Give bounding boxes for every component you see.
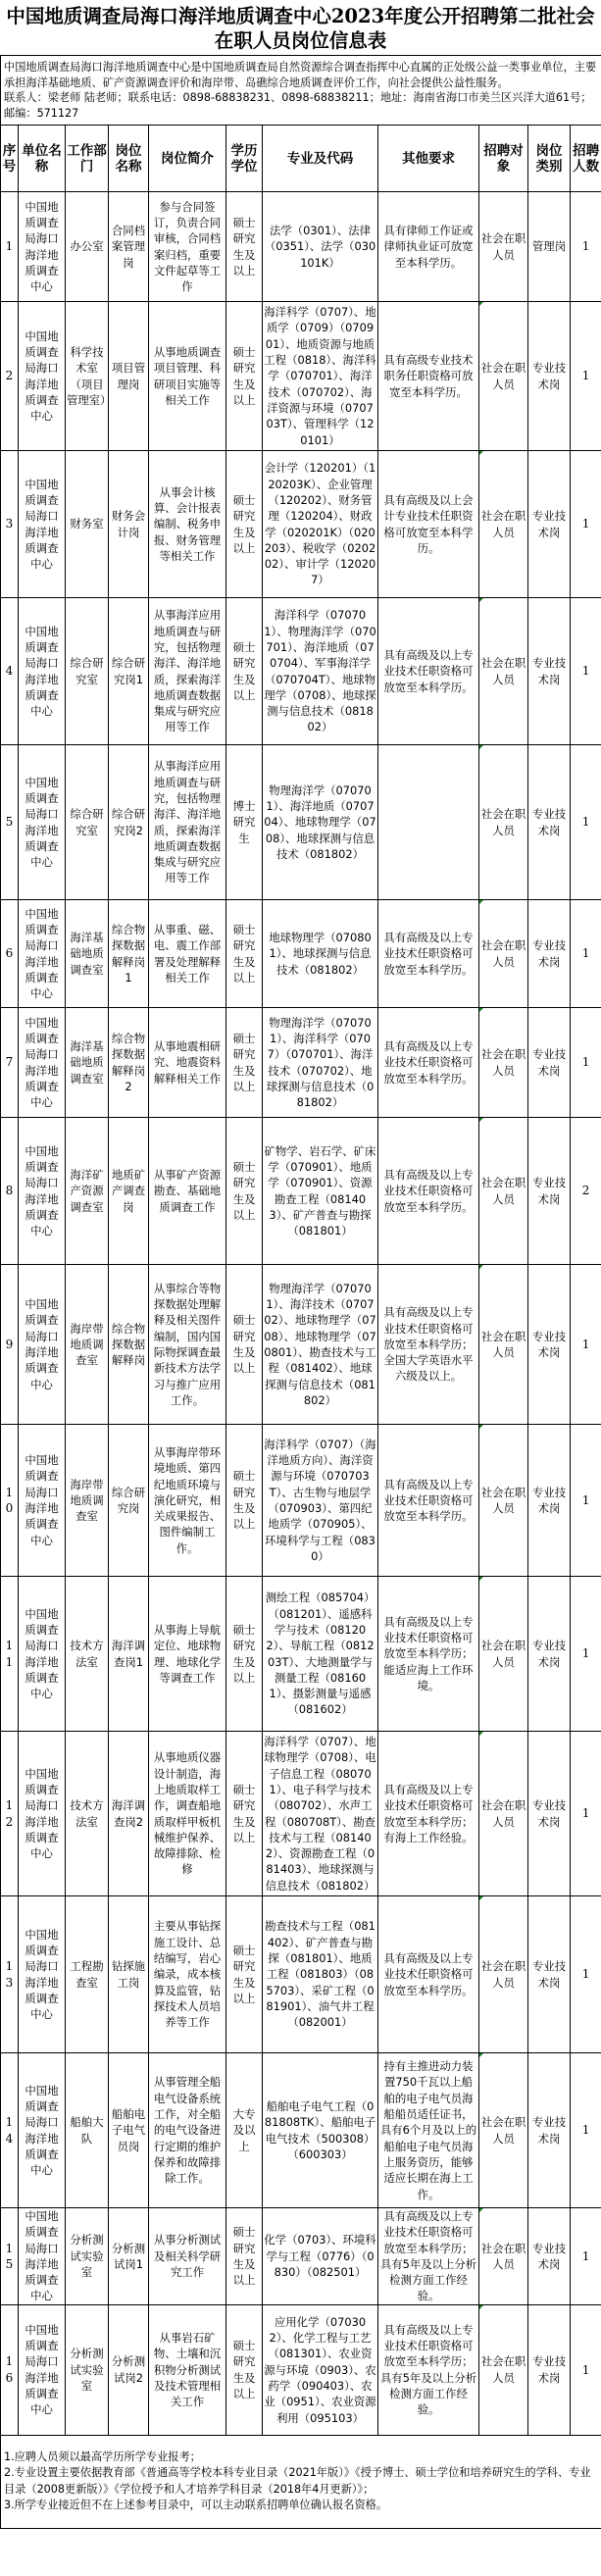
recruit-target: 社会在职人员 [479, 2208, 528, 2305]
row-number: 7 [1, 1008, 19, 1118]
post-intro: 从事地质仪器设计制造，海上地质取样工作，调查船地质取样甲板机械维护保养、故障排除… [149, 1732, 226, 1896]
department: 技术方法室 [66, 1577, 109, 1732]
row-number: 2 [1, 302, 19, 451]
post-name: 综合物探数据解释岗 [109, 1265, 149, 1425]
other-requirements: 具有高级及以上会计专业技术任职资格可放宽至本科学历。 [378, 451, 479, 598]
intro-cell: 中国地质调查局海口海洋地质调查中心是中国地质调查局自然资源综合调查指挥中心直属的… [1, 56, 601, 126]
other-requirements: 具有高级及以上专业技术任职资格可放宽至本科学历；有海上工作经验。 [378, 1732, 479, 1896]
other-requirements: 具有高级及以上专业技术任职资格可放宽至本科学历；能适应海上工作环境。 [378, 1577, 479, 1732]
unit-name: 中国地质调查局海口海洋地质调查中心 [19, 302, 66, 451]
unit-name: 中国地质调查局海口海洋地质调查中心 [19, 900, 66, 1008]
post-intro: 从事海洋应用地质调查与研究，包括物理海洋、海洋地质，探索海洋地质调查数据集成与研… [149, 745, 226, 900]
post-category: 管理岗 [528, 192, 571, 302]
header-target: 招聘对象 [479, 126, 528, 192]
post-intro: 从事岩石矿物、土壤和沉积物分析测试及技术管理相关工作 [149, 2304, 226, 2435]
recruit-count: 1 [571, 451, 601, 598]
post-intro: 从事海洋应用地质调查与研究，包括物理海洋、海洋地质，探索海洋地质调查数据集成与研… [149, 598, 226, 745]
recruit-target: 社会在职人员 [479, 1732, 528, 1896]
table-row: 13中国地质调查局海口海洋地质调查中心工程勘查室钻探施工岗主要从事钻探施工设计、… [1, 1896, 601, 2053]
unit-name: 中国地质调查局海口海洋地质调查中心 [19, 1118, 66, 1265]
row-number: 15 [1, 2208, 19, 2305]
post-name: 船舶电子电气员岗 [109, 2053, 149, 2208]
table-body: 1中国地质调查局海口海洋地质调查中心办公室合同档案管理岗参与合同签订，负责合同审… [1, 192, 601, 2436]
other-requirements [378, 745, 479, 900]
post-name: 合同档案管理岗 [109, 192, 149, 302]
education: 硕士研究生及以上 [226, 2208, 263, 2305]
post-name: 钻探施工岗 [109, 1896, 149, 2053]
row-number: 14 [1, 2053, 19, 2208]
table-row: 10中国地质调查局海口海洋地质调查中心海岸带地质调查室综合研究岗从事海岸带环境地… [1, 1425, 601, 1577]
note-2: 2.专业设置主要依据教育部《普通高等学校本科专业目录（2021年版）》《授予博士… [4, 2465, 598, 2498]
unit-name: 中国地质调查局海口海洋地质调查中心 [19, 1008, 66, 1118]
notes-cell: 1.应聘人员须以最高学历所学专业报考； 2.专业设置主要依据教育部《普通高等学校… [1, 2435, 601, 2528]
row-number: 10 [1, 1425, 19, 1577]
post-category: 专业技术岗 [528, 451, 571, 598]
department: 财务室 [66, 451, 109, 598]
table-row: 7中国地质调查局海口海洋地质调查中心海洋基础地质调查室综合物探数据解释岗2从事地… [1, 1008, 601, 1118]
post-intro: 主要从事钻探施工设计、总结编写，岩心编录，成本核算及监管，钻探技术人员培养等工作 [149, 1896, 226, 2053]
post-intro: 从事管理全船电气设备系统工作，对全船的电气设备进行定期的维护保养和故障排除工作。 [149, 2053, 226, 2208]
education: 硕士研究生及以上 [226, 2304, 263, 2435]
other-requirements: 持有主推进动力装置750千瓦以上船舶的电子电气员海船船员适任证书，具有6个月及以… [378, 2053, 479, 2208]
recruit-target: 社会在职人员 [479, 1265, 528, 1425]
education: 硕士研究生及以上 [226, 900, 263, 1008]
unit-name: 中国地质调查局海口海洋地质调查中心 [19, 1896, 66, 2053]
post-category: 专业技术岗 [528, 1265, 571, 1425]
major-codes: 物理海洋学（070701）、海洋地质（070704）、地球物理学（0708）、地… [263, 745, 378, 900]
job-table: 中国地质调查局海口海洋地质调查中心是中国地质调查局自然资源综合调查指挥中心直属的… [0, 55, 601, 2529]
other-requirements: 具有律师工作证或律师执业证可放宽至本科学历。 [378, 192, 479, 302]
major-codes: 物理海洋学（070701）、海洋科学（0707）（070701）、海洋技术（07… [263, 1008, 378, 1118]
header-post: 岗位名称 [109, 126, 149, 192]
post-category: 专业技术岗 [528, 2053, 571, 2208]
major-codes: 船舶电子电气工程（081808TK）、船舶电子电气技术（500308）（6003… [263, 2053, 378, 2208]
post-name: 综合研究岗 [109, 1425, 149, 1577]
department: 综合研究室 [66, 598, 109, 745]
intro-text: 中国地质调查局海口海洋地质调查中心是中国地质调查局自然资源综合调查指挥中心直属的… [4, 60, 598, 90]
unit-name: 中国地质调查局海口海洋地质调查中心 [19, 598, 66, 745]
education: 硕士研究生及以上 [226, 1896, 263, 2053]
recruit-count: 1 [571, 302, 601, 451]
recruit-target: 社会在职人员 [479, 192, 528, 302]
table-row: 5中国地质调查局海口海洋地质调查中心综合研究室综合研究岗2从事海洋应用地质调查与… [1, 745, 601, 900]
recruit-count: 1 [571, 2304, 601, 2435]
unit-name: 中国地质调查局海口海洋地质调查中心 [19, 1577, 66, 1732]
recruit-count: 1 [571, 1265, 601, 1425]
post-intro: 从事矿产资源勘查、基础地质调查工作 [149, 1118, 226, 1265]
table-row: 4中国地质调查局海口海洋地质调查中心综合研究室综合研究岗1从事海洋应用地质调查与… [1, 598, 601, 745]
department: 海岸带地质调查室 [66, 1265, 109, 1425]
major-codes: 矿物学、岩石学、矿床学（070901）、地质学（070901）、资源勘查工程（0… [263, 1118, 378, 1265]
table-row: 8中国地质调查局海口海洋地质调查中心海洋矿产资源调查室地质矿产调查岗从事矿产资源… [1, 1118, 601, 1265]
header-dept: 工作部门 [66, 126, 109, 192]
row-number: 9 [1, 1265, 19, 1425]
unit-name: 中国地质调查局海口海洋地质调查中心 [19, 451, 66, 598]
education: 硕士研究生及以上 [226, 302, 263, 451]
post-intro: 从事综合等物探数据处理解释及相关图件编制，国内国际物探调查最新技术方法学习与推广… [149, 1265, 226, 1425]
recruit-target: 社会在职人员 [479, 1118, 528, 1265]
education: 硕士研究生及以上 [226, 1265, 263, 1425]
recruit-count: 1 [571, 745, 601, 900]
post-category: 专业技术岗 [528, 1732, 571, 1896]
unit-name: 中国地质调查局海口海洋地质调查中心 [19, 2053, 66, 2208]
education: 硕士研究生及以上 [226, 1425, 263, 1577]
page-title: 中国地质调查局海口海洋地质调查中心2023年度公开招聘第二批社会在职人员岗位信息… [0, 0, 601, 55]
education: 硕士研究生及以上 [226, 1732, 263, 1896]
recruit-target: 社会在职人员 [479, 451, 528, 598]
post-category: 专业技术岗 [528, 1118, 571, 1265]
education: 硕士研究生及以上 [226, 598, 263, 745]
table-row: 15中国地质调查局海口海洋地质调查中心分析测试实验室分析测试岗1从事分析测试及相… [1, 2208, 601, 2305]
post-intro: 从事地质调查项目管理、科研项目实施等相关工作 [149, 302, 226, 451]
major-codes: 地球物理学（070801）、地球探测与信息技术（081802） [263, 900, 378, 1008]
table-row: 9中国地质调查局海口海洋地质调查中心海岸带地质调查室综合物探数据解释岗从事综合等… [1, 1265, 601, 1425]
other-requirements: 具有高级及以上专业技术任职资格可放宽至本科学历。 [378, 1896, 479, 2053]
department: 工程勘查室 [66, 1896, 109, 2053]
recruit-count: 1 [571, 192, 601, 302]
header-edu: 学历学位 [226, 126, 263, 192]
major-codes: 应用化学（070302）、化学工程与工艺（081301）、农业资源与环境（090… [263, 2304, 378, 2435]
table-row: 6中国地质调查局海口海洋地质调查中心海洋基础地质调查室综合物探数据解释岗1从事重… [1, 900, 601, 1008]
header-unit: 单位名称 [19, 126, 66, 192]
table-header: 序号 单位名称 工作部门 岗位名称 岗位简介 学历学位 专业及代码 其他要求 招… [1, 126, 601, 192]
post-name: 综合研究岗1 [109, 598, 149, 745]
recruit-count: 1 [571, 900, 601, 1008]
unit-name: 中国地质调查局海口海洋地质调查中心 [19, 2208, 66, 2305]
recruit-count: 1 [571, 2053, 601, 2208]
recruit-target: 社会在职人员 [479, 1896, 528, 2053]
row-number: 8 [1, 1118, 19, 1265]
table-row: 1中国地质调查局海口海洋地质调查中心办公室合同档案管理岗参与合同签订，负责合同审… [1, 192, 601, 302]
major-codes: 化学（0703）、环境科学与工程（0776）（0830）（082501） [263, 2208, 378, 2305]
department: 科学技术室（项目管理室） [66, 302, 109, 451]
other-requirements: 具有高级及以上专业技术任职资格可放宽至本科学历；全国大学英语水平六级及以上。 [378, 1265, 479, 1425]
table-row: 2中国地质调查局海口海洋地质调查中心科学技术室（项目管理室）项目管理岗从事地质调… [1, 302, 601, 451]
department: 船舶大队 [66, 2053, 109, 2208]
education: 大专及以上 [226, 2053, 263, 2208]
other-requirements: 具有高级及以上专业技术任职资格可放宽至本科学历；具有5年及以上分析检测方面工作经… [378, 2208, 479, 2305]
post-category: 专业技术岗 [528, 2208, 571, 2305]
major-codes: 会计学（120201）（120203K）、企业管理（120202）、财务管理（1… [263, 451, 378, 598]
post-category: 专业技术岗 [528, 745, 571, 900]
major-codes: 海洋科学（0707）、地球物理学（0708）、电子信息工程（080701）、电子… [263, 1732, 378, 1896]
header-no: 序号 [1, 126, 19, 192]
post-name: 地质矿产调查岗 [109, 1118, 149, 1265]
post-intro: 从事会计核算、会计报表编制、税务申报、财务管理等相关工作 [149, 451, 226, 598]
other-requirements: 具有高级专业技术职务任职资格可放宽至本科学历。 [378, 302, 479, 451]
post-category: 专业技术岗 [528, 598, 571, 745]
department: 综合研究室 [66, 745, 109, 900]
row-number: 6 [1, 900, 19, 1008]
unit-name: 中国地质调查局海口海洋地质调查中心 [19, 192, 66, 302]
post-intro: 从事海岸带环境地质、第四纪地质环境与演化研究，相关成果报告、图件编制工作。 [149, 1425, 226, 1577]
post-name: 分析测试岗2 [109, 2304, 149, 2435]
education: 博士研究生 [226, 745, 263, 900]
post-name: 综合研究岗2 [109, 745, 149, 900]
post-category: 专业技术岗 [528, 1008, 571, 1118]
header-major: 专业及代码 [263, 126, 378, 192]
header-category: 岗位类别 [528, 126, 571, 192]
recruit-target: 社会在职人员 [479, 2053, 528, 2208]
post-name: 综合物探数据解释岗1 [109, 900, 149, 1008]
recruit-target: 社会在职人员 [479, 1425, 528, 1577]
post-category: 专业技术岗 [528, 1577, 571, 1732]
department: 海洋基础地质调查室 [66, 900, 109, 1008]
header-count: 招聘人数 [571, 126, 601, 192]
recruit-target: 社会在职人员 [479, 900, 528, 1008]
unit-name: 中国地质调查局海口海洋地质调查中心 [19, 745, 66, 900]
post-category: 专业技术岗 [528, 1896, 571, 2053]
department: 海岸带地质调查室 [66, 1425, 109, 1577]
unit-name: 中国地质调查局海口海洋地质调查中心 [19, 1425, 66, 1577]
department: 技术方法室 [66, 1732, 109, 1896]
post-category: 专业技术岗 [528, 1425, 571, 1577]
post-intro: 从事重、磁、电、震工作部署及处理解释相关工作 [149, 900, 226, 1008]
major-codes: 海洋科学（0707）（海洋地质方向）、海洋资源与环境（070703T）、古生物与… [263, 1425, 378, 1577]
major-codes: 海洋科学（0707）、地质学（0709）（070901）、地质资源与地质工程（0… [263, 302, 378, 451]
post-name: 海洋调查岗1 [109, 1577, 149, 1732]
post-name: 综合物探数据解释岗2 [109, 1008, 149, 1118]
post-name: 财务会计岗 [109, 451, 149, 598]
post-name: 分析测试岗1 [109, 2208, 149, 2305]
other-requirements: 具有高级及以上专业技术任职资格可放宽至本科学历。 [378, 1008, 479, 1118]
row-number: 5 [1, 745, 19, 900]
row-number: 4 [1, 598, 19, 745]
recruit-count: 1 [571, 1425, 601, 1577]
post-category: 专业技术岗 [528, 2304, 571, 2435]
table-row: 14中国地质调查局海口海洋地质调查中心船舶大队船舶电子电气员岗从事管理全船电气设… [1, 2053, 601, 2208]
header-other: 其他要求 [378, 126, 479, 192]
note-3: 3.所学专业接近但不在上述参考目录中，可以主动联系招聘单位确认报名资格。 [4, 2498, 598, 2514]
row-number: 3 [1, 451, 19, 598]
recruit-count: 1 [571, 598, 601, 745]
department: 办公室 [66, 192, 109, 302]
post-intro: 从事分析测试及相关科学研究工作 [149, 2208, 226, 2305]
recruit-target: 社会在职人员 [479, 1008, 528, 1118]
recruit-target: 社会在职人员 [479, 745, 528, 900]
recruit-count: 1 [571, 1732, 601, 1896]
recruit-target: 社会在职人员 [479, 302, 528, 451]
major-codes: 法学（0301）、法律（0351）、法学（030101K） [263, 192, 378, 302]
table-row: 12中国地质调查局海口海洋地质调查中心技术方法室海洋调查岗2从事地质仪器设计制造… [1, 1732, 601, 1896]
row-number: 1 [1, 192, 19, 302]
post-category: 专业技术岗 [528, 302, 571, 451]
table-row: 16中国地质调查局海口海洋地质调查中心分析测试实验室分析测试岗2从事岩石矿物、土… [1, 2304, 601, 2435]
recruit-count: 2 [571, 1118, 601, 1265]
post-name: 项目管理岗 [109, 302, 149, 451]
other-requirements: 具有高级及以上专业技术任职资格可放宽至本科学历；具有5年及以上分析检测方面工作经… [378, 2304, 479, 2435]
post-category: 专业技术岗 [528, 900, 571, 1008]
other-requirements: 具有高级及以上专业技术任职资格可放宽至本科学历。 [378, 598, 479, 745]
education: 硕士研究生及以上 [226, 451, 263, 598]
post-name: 海洋调查岗2 [109, 1732, 149, 1896]
major-codes: 海洋科学（070701）、物理海洋学（070701）、海洋地质（070704）、… [263, 598, 378, 745]
major-codes: 勘查技术与工程（081402）、矿产普查与勘探（081801）、地质工程（081… [263, 1896, 378, 2053]
contact-info: 联系人：梁老师 陆老师；联系电话：0898-68838231、0898-6883… [4, 90, 598, 121]
department: 分析测试实验室 [66, 2304, 109, 2435]
row-number: 16 [1, 2304, 19, 2435]
header-intro: 岗位简介 [149, 126, 226, 192]
table-row: 11中国地质调查局海口海洋地质调查中心技术方法室海洋调查岗1从事海上导航定位、地… [1, 1577, 601, 1732]
post-intro: 参与合同签订，负责合同审核，合同档案归档，重要文件起草等工作 [149, 192, 226, 302]
table-row: 3中国地质调查局海口海洋地质调查中心财务室财务会计岗从事会计核算、会计报表编制、… [1, 451, 601, 598]
other-requirements: 具有高级及以上专业技术任职资格可放宽至本科学历。 [378, 1425, 479, 1577]
post-intro: 从事地震相研究、地震资料解释相关工作 [149, 1008, 226, 1118]
recruit-target: 社会在职人员 [479, 598, 528, 745]
recruit-target: 社会在职人员 [479, 1577, 528, 1732]
row-number: 12 [1, 1732, 19, 1896]
unit-name: 中国地质调查局海口海洋地质调查中心 [19, 1732, 66, 1896]
unit-name: 中国地质调查局海口海洋地质调查中心 [19, 2304, 66, 2435]
other-requirements: 具有高级及以上专业技术任职资格可放宽至本科学历。 [378, 900, 479, 1008]
note-1: 1.应聘人员须以最高学历所学专业报考； [4, 2450, 598, 2466]
other-requirements: 具有高级及以上专业技术任职资格可放宽至本科学历。 [378, 1118, 479, 1265]
post-intro: 从事海上导航定位、地球物理、地球化学等调查工作 [149, 1577, 226, 1732]
recruit-count: 1 [571, 1577, 601, 1732]
recruit-count: 1 [571, 2208, 601, 2305]
education: 硕士研究生及以上 [226, 1577, 263, 1732]
unit-name: 中国地质调查局海口海洋地质调查中心 [19, 1265, 66, 1425]
row-number: 13 [1, 1896, 19, 2053]
recruit-count: 1 [571, 1896, 601, 2053]
recruit-count: 1 [571, 1008, 601, 1118]
education: 硕士研究生及以上 [226, 192, 263, 302]
major-codes: 测绘工程（085704）（081201）、遥感科学与技术（081202）、导航工… [263, 1577, 378, 1732]
row-number: 11 [1, 1577, 19, 1732]
major-codes: 物理海洋学（070701）、海洋技术（070702）、地球物理学（0708）、地… [263, 1265, 378, 1425]
department: 海洋矿产资源调查室 [66, 1118, 109, 1265]
department: 海洋基础地质调查室 [66, 1008, 109, 1118]
recruit-target: 社会在职人员 [479, 2304, 528, 2435]
education: 硕士研究生及以上 [226, 1008, 263, 1118]
education: 硕士研究生及以上 [226, 1118, 263, 1265]
department: 分析测试实验室 [66, 2208, 109, 2305]
